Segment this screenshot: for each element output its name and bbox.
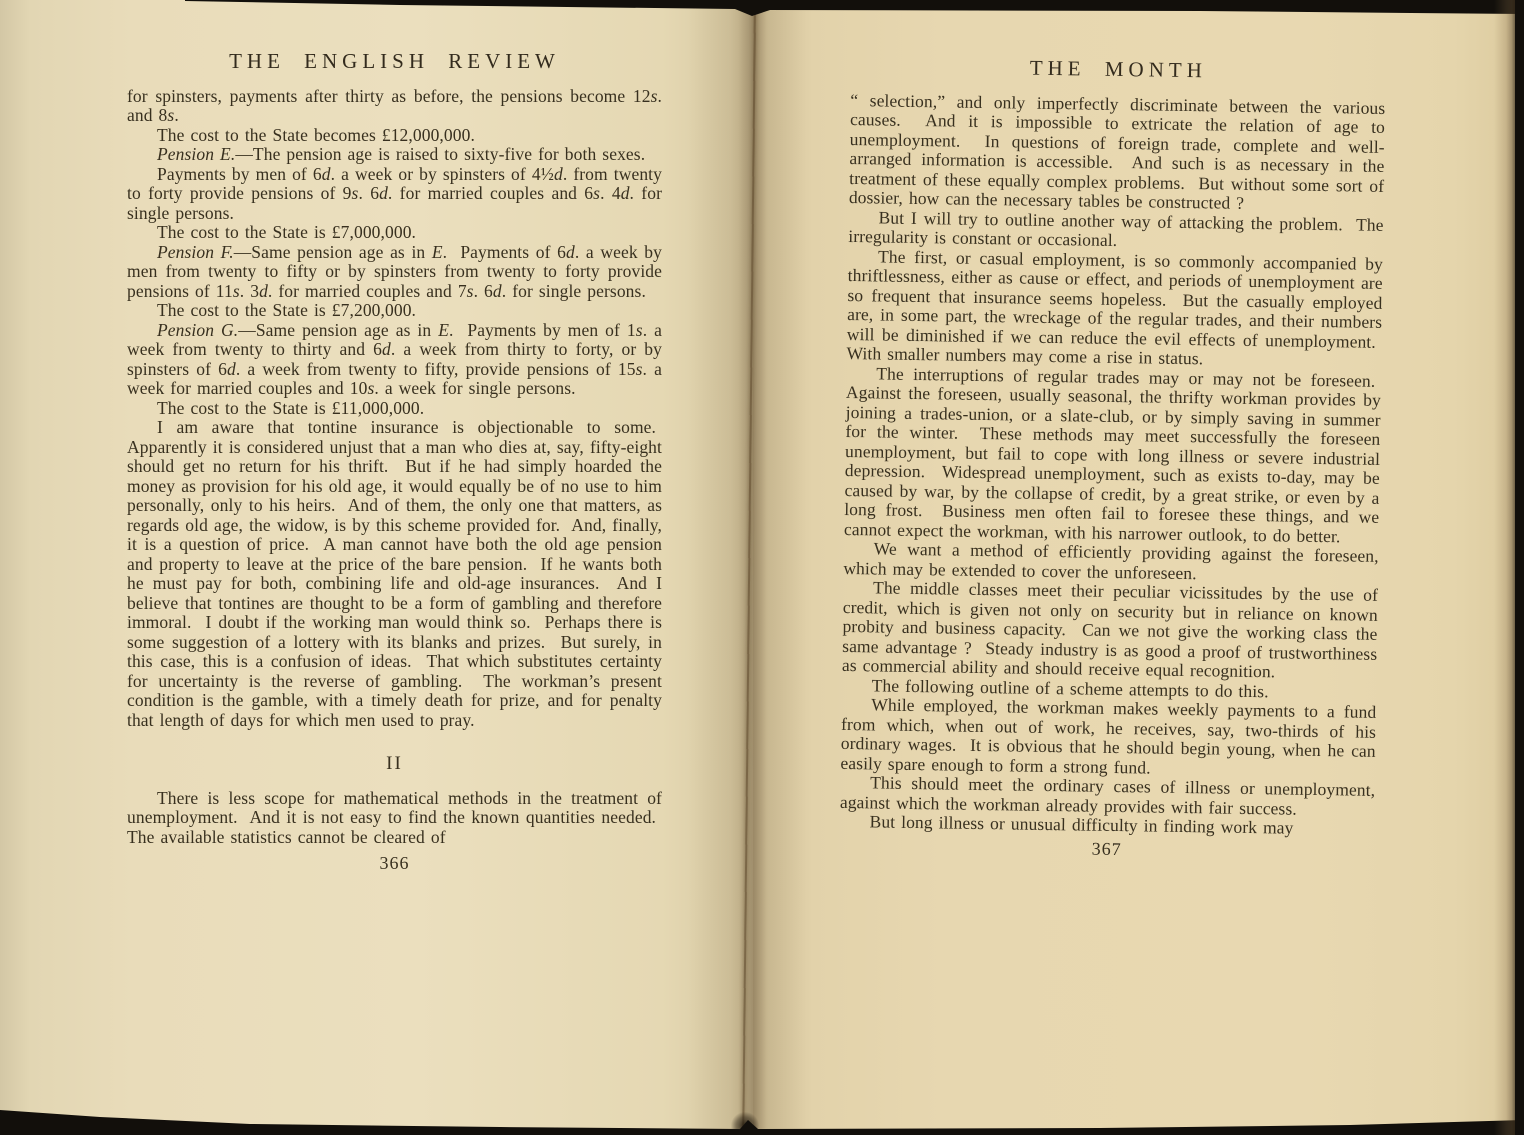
- paragraph: The interruptions of regular trades may …: [844, 363, 1382, 546]
- paragraph: “ selection,” and only imperfectly discr…: [849, 90, 1386, 215]
- paragraph: Payments by men of 6d. a week or by spin…: [127, 165, 662, 224]
- paragraph: The cost to the State becomes £12,000,00…: [127, 126, 662, 146]
- paragraph: There is less scope for mathematical met…: [127, 789, 662, 848]
- paragraph: The first, or casual employment, is so c…: [846, 246, 1383, 371]
- paragraph: The cost to the State is £11,000,000.: [127, 399, 662, 419]
- paragraph: Pension G.—Same pension age as in E. Pay…: [127, 321, 662, 399]
- book-scan: THE ENGLISH REVIEW for spinsters, paymen…: [0, 0, 1524, 1135]
- paragraph: The cost to the State is £7,000,000.: [127, 223, 662, 243]
- scan-edge-right: [1515, 0, 1524, 1135]
- page-number: 366: [127, 854, 662, 874]
- paragraph: for spinsters, payments after thirty as …: [127, 87, 662, 126]
- page-edge-stack: [1494, 0, 1516, 1135]
- paragraph: The middle classes meet their peculiar v…: [842, 578, 1378, 683]
- paragraph: While employed, the workman makes weekly…: [840, 695, 1376, 781]
- paragraph: The cost to the State is £7,200,000.: [127, 301, 662, 321]
- left-page-text: THE ENGLISH REVIEW for spinsters, paymen…: [127, 52, 662, 874]
- paragraph: Pension F.—Same pension age as in E. Pay…: [127, 243, 662, 302]
- right-page-text: THE MONTH “ selection,” and only imperfe…: [839, 56, 1386, 863]
- paragraph: I am aware that tontine insurance is obj…: [127, 418, 662, 730]
- section-heading: II: [127, 754, 662, 774]
- left-running-head: THE ENGLISH REVIEW: [127, 52, 662, 72]
- paragraph: Pension E.—The pension age is raised to …: [127, 145, 662, 165]
